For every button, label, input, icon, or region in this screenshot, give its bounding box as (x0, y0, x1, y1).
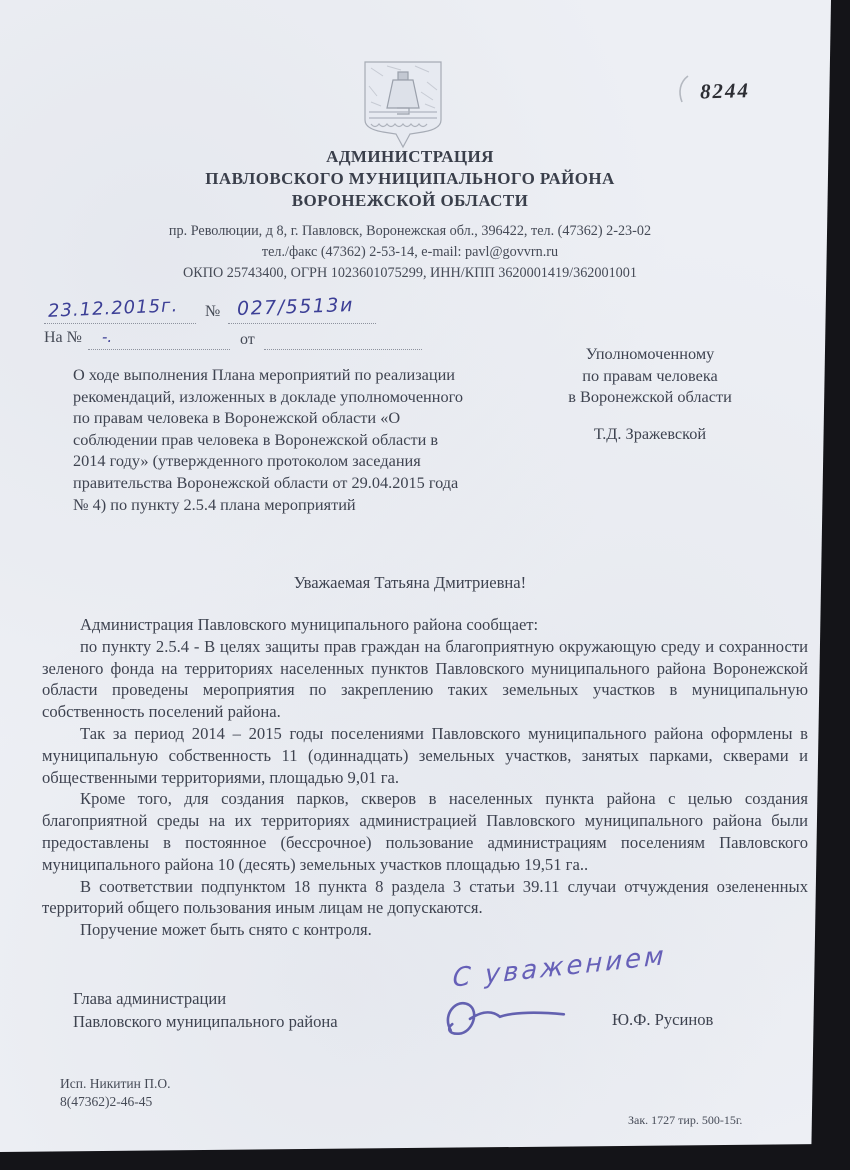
body-paragraph: Кроме того, для создания парков, скверов… (42, 788, 808, 875)
letter-date-handwritten: 23.12.2015г. (48, 295, 179, 322)
letter-number-handwritten: 027/5513и (237, 294, 355, 320)
letter-subject: О ходе выполнения Плана мероприятий по р… (73, 364, 465, 515)
body-paragraph: по пункту 2.5.4 - В целях защиты прав гр… (42, 636, 808, 723)
addressee-block: Уполномоченному по правам человека в Вор… (500, 343, 800, 408)
number-underline (228, 322, 376, 324)
org-name-block: АДМИНИСТРАЦИЯ ПАВЛОВСКОГО МУНИЦИПАЛЬНОГО… (15, 146, 805, 212)
executor-block: Исп. Никитин П.О. 8(47362)2-46-45 (60, 1075, 320, 1111)
reply-to-label: На № (44, 329, 82, 347)
scan-edge-right (805, 0, 850, 1170)
org-address-line: пр. Революции, д 8, г. Павловск, Воронеж… (15, 221, 805, 242)
addressee-name: Т.Д. Зражевской (500, 424, 800, 444)
coat-of-arms-icon (357, 56, 449, 152)
scanned-letter-page: 8244 АДМИНИСТРАЦИЯ ПАВЛОВСКОГО МУНИЦИПАЛ… (0, 0, 850, 1170)
org-address-block: пр. Революции, д 8, г. Павловск, Воронеж… (15, 221, 805, 284)
org-contact-line: тел./факс (47362) 2-53-14, e-mail: pavl@… (15, 242, 805, 263)
from-underline (264, 348, 422, 350)
reply-underline (88, 348, 230, 350)
body-paragraph: Администрация Павловского муниципального… (42, 614, 808, 636)
stamp-number: 8244 (700, 77, 811, 105)
body-paragraph: Так за период 2014 – 2015 годы поселения… (42, 723, 808, 788)
addressee-line1: Уполномоченному (500, 343, 800, 365)
reply-to-value-handwritten: -. (102, 328, 112, 346)
print-order-info: Зак. 1727 тир. 500-15г. (628, 1113, 742, 1128)
org-name-line2: ПАВЛОВСКОГО МУНИЦИПАЛЬНОГО РАЙОНА (15, 168, 805, 190)
org-codes-line: ОКПО 25743400, ОГРН 1023601075299, ИНН/К… (15, 263, 805, 284)
from-label: от (240, 331, 255, 349)
letter-body: Администрация Павловского муниципального… (42, 614, 808, 941)
signer-title-line2: Павловского муниципального района (73, 1010, 493, 1033)
executor-phone: 8(47362)2-46-45 (60, 1093, 320, 1111)
org-name-line1: АДМИНИСТРАЦИЯ (15, 146, 805, 168)
addressee-line3: в Воронежской области (500, 386, 800, 408)
number-label: № (205, 303, 220, 321)
signer-title-block: Глава администрации Павловского муниципа… (73, 987, 493, 1033)
scan-edge-bottom (0, 1142, 850, 1170)
org-name-line3: ВОРОНЕЖСКОЙ ОБЛАСТИ (15, 190, 805, 212)
addressee-line2: по правам человека (500, 365, 800, 387)
body-paragraph: В соответствии подпунктом 18 пункта 8 ра… (42, 876, 808, 920)
executor-name: Исп. Никитин П.О. (60, 1075, 320, 1093)
date-underline (44, 322, 196, 324)
salutation: Уважаемая Татьяна Дмитриевна! (15, 573, 805, 593)
signer-name: Ю.Ф. Русинов (612, 1010, 713, 1030)
signer-title-line1: Глава администрации (73, 987, 493, 1010)
pen-mark (672, 74, 694, 104)
